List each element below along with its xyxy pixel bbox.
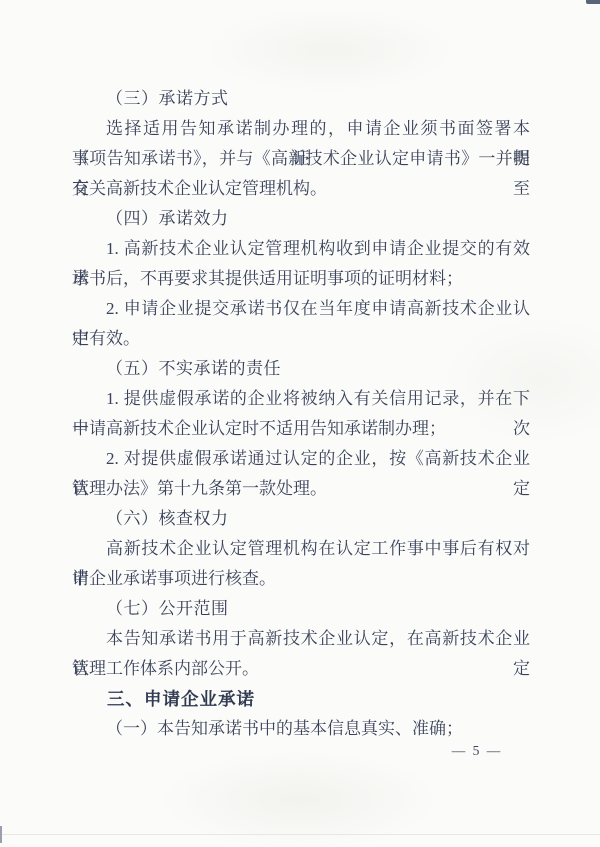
section-heading-5: （五）不实承诺的责任 [72,354,530,384]
chapter-heading: 三、申请企业承诺 [72,684,530,714]
document-page: （三）承诺方式 选择适用告知承诺制办理的，申请企业须书面签署本《证明 事项告知承… [0,0,600,847]
section-heading-4: （四）承诺效力 [72,204,530,234]
document-body: （三）承诺方式 选择适用告知承诺制办理的，申请企业须书面签署本《证明 事项告知承… [72,84,530,744]
text-line: 2. 申请企业提交承诺书仅在当年度申请高新技术企业认定 [72,294,530,324]
text-line: 2. 对提供虚假承诺通过认定的企业，按《高新技术企业认定 [72,444,530,474]
section-heading-7: （七）公开范围 [72,594,530,624]
text-line: 请企业承诺事项进行核查。 [72,564,530,594]
text-line: 1. 高新技术企业认定管理机构收到申请企业提交的有效承 [72,234,530,264]
page-number: — 5 — [432,742,522,760]
text-line: 本告知承诺书用于高新技术企业认定，在高新技术企业认定 [72,624,530,654]
section-heading-6: （六）核查权力 [72,504,530,534]
text-line: 高新技术企业认定管理机构在认定工作事中事后有权对申 [72,534,530,564]
text-line: （一）本告知承诺书中的基本信息真实、准确； [72,714,530,744]
scan-artifact-bottom-edge [0,834,600,835]
text-line: 诺书后，不再要求其提供适用证明事项的证明材料； [72,264,530,294]
text-line: 选择适用告知承诺制办理的，申请企业须书面签署本《证明 [72,114,530,144]
section-heading-3: （三）承诺方式 [72,84,530,114]
scan-artifact-corner-mark [586,0,600,4]
scan-artifact-left-tick [0,826,2,843]
text-line: 中有效。 [72,324,530,354]
text-line: 事项告知承诺书》，并与《高新技术企业认定申请书》一并提交至 [72,144,530,174]
text-line: 1. 提供虚假承诺的企业将被纳入有关信用记录，并在下一次 [72,384,530,414]
